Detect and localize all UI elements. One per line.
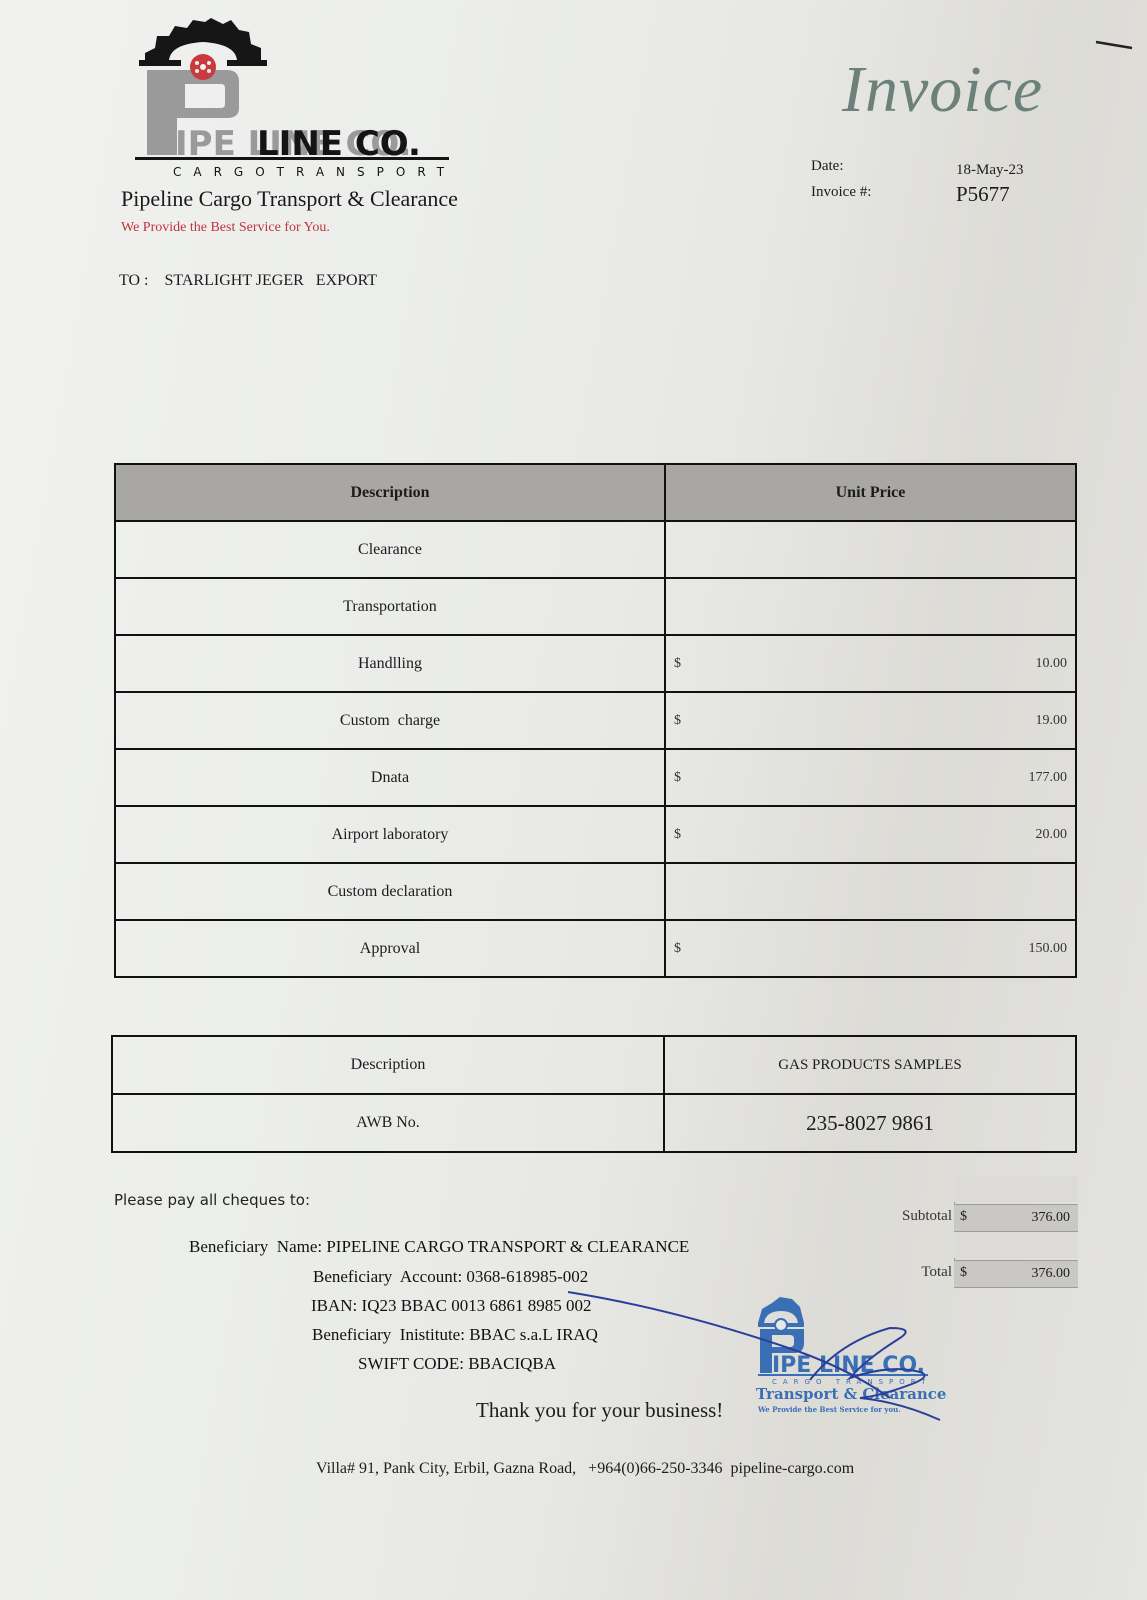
totals-blank-cell [954,1176,1078,1202]
shipment-table: Description GAS PRODUCTS SAMPLES AWB No.… [111,1035,1077,1153]
awb-value: 235-8027 9861 [664,1094,1076,1152]
table-row: Clearance [115,521,1076,578]
items-table-header: Description Unit Price [115,464,1076,521]
swift-code: SWIFT CODE: BBACIQBA [358,1354,556,1374]
item-description: Dnata [115,749,665,806]
item-amount: 20.00 [1036,827,1068,843]
totals-blank-cell [954,1232,1078,1258]
payment-heading: Please pay all cheques to: [114,1191,310,1209]
subtotal-currency: $ [960,1209,967,1225]
table-row: Airport laboratory$20.00 [115,806,1076,863]
column-header-description: Description [115,464,665,521]
item-description: Handlling [115,635,665,692]
item-unit-price: $10.00 [665,635,1076,692]
beneficiary-name: Beneficiary Name: PIPELINE CARGO TRANSPO… [189,1237,689,1257]
beneficiary-account: Beneficiary Account: 0368-618985-002 [313,1267,588,1287]
item-description: Airport laboratory [115,806,665,863]
item-description: Approval [115,920,665,977]
table-row: Description GAS PRODUCTS SAMPLES [112,1036,1076,1094]
shipment-description-label: Description [112,1036,664,1094]
table-row: Dnata$177.00 [115,749,1076,806]
company-name: Pipeline Cargo Transport & Clearance [121,186,458,212]
item-unit-price: $150.00 [665,920,1076,977]
awb-label: AWB No. [112,1094,664,1152]
subtotal-value: 376.00 [1032,1210,1071,1226]
invoice-number-value: P5677 [956,182,1010,207]
item-amount: 10.00 [1036,656,1068,672]
date-label: Date: [811,158,843,175]
invoice-title: Invoice [842,52,1043,128]
item-unit-price: $19.00 [665,692,1076,749]
totals-block: Subtotal $ 376.00 Total $ 376.00 [890,1176,1078,1288]
table-row: Custom charge$19.00 [115,692,1076,749]
item-amount: 177.00 [1029,770,1068,786]
table-row: Custom declaration [115,863,1076,920]
currency-symbol: $ [674,941,681,957]
item-description: Custom charge [115,692,665,749]
item-description: Clearance [115,521,665,578]
iban: IBAN: IQ23 BBAC 0013 6861 8985 002 [311,1296,592,1316]
recipient-name: STARLIGHT JEGER EXPORT [164,272,377,289]
footer-address: Villa# 91, Pank City, Erbil, Gazna Road,… [316,1460,854,1478]
small-gear-icon [190,54,216,80]
signature [560,1280,960,1430]
date-value: 18-May-23 [956,162,1024,179]
table-row: Approval$150.00 [115,920,1076,977]
total-label: Total [921,1264,952,1281]
svg-text:CARGOTRANSPORT: CARGOTRANSPORT [173,165,455,179]
item-unit-price [665,863,1076,920]
item-unit-price [665,521,1076,578]
recipient-label: TO : [119,272,148,289]
currency-symbol: $ [674,827,681,843]
currency-symbol: $ [674,656,681,672]
beneficiary-institute: Beneficiary Inistitute: BBAC s.a.L IRAQ [312,1325,598,1345]
subtotal-row: Subtotal $ 376.00 [890,1204,1078,1230]
item-unit-price [665,578,1076,635]
table-row: AWB No. 235-8027 9861 [112,1094,1076,1152]
company-tagline: We Provide the Best Service for You. [121,220,330,236]
invoice-number-label: Invoice #: [811,184,871,201]
table-row: Handlling$10.00 [115,635,1076,692]
column-header-unit-price: Unit Price [665,464,1076,521]
item-amount: 19.00 [1036,713,1068,729]
pen-mark [1094,38,1134,52]
currency-symbol: $ [674,713,681,729]
subtotal-label: Subtotal [902,1208,952,1225]
items-table: Description Unit Price ClearanceTranspor… [114,463,1077,978]
company-logo: IPE LINE CO. LINE CO. CARGOTRANSPORT [135,18,455,183]
subtotal-cell: $ 376.00 [954,1204,1078,1232]
total-value: 376.00 [1032,1266,1071,1282]
item-amount: 150.00 [1029,941,1068,957]
item-unit-price: $177.00 [665,749,1076,806]
shipment-description-value: GAS PRODUCTS SAMPLES [664,1036,1076,1094]
item-description: Custom declaration [115,863,665,920]
table-row: Transportation [115,578,1076,635]
item-description: Transportation [115,578,665,635]
item-unit-price: $20.00 [665,806,1076,863]
recipient-line: TO : STARLIGHT JEGER EXPORT [119,272,377,290]
total-cell: $ 376.00 [954,1260,1078,1288]
currency-symbol: $ [674,770,681,786]
total-currency: $ [960,1265,967,1281]
